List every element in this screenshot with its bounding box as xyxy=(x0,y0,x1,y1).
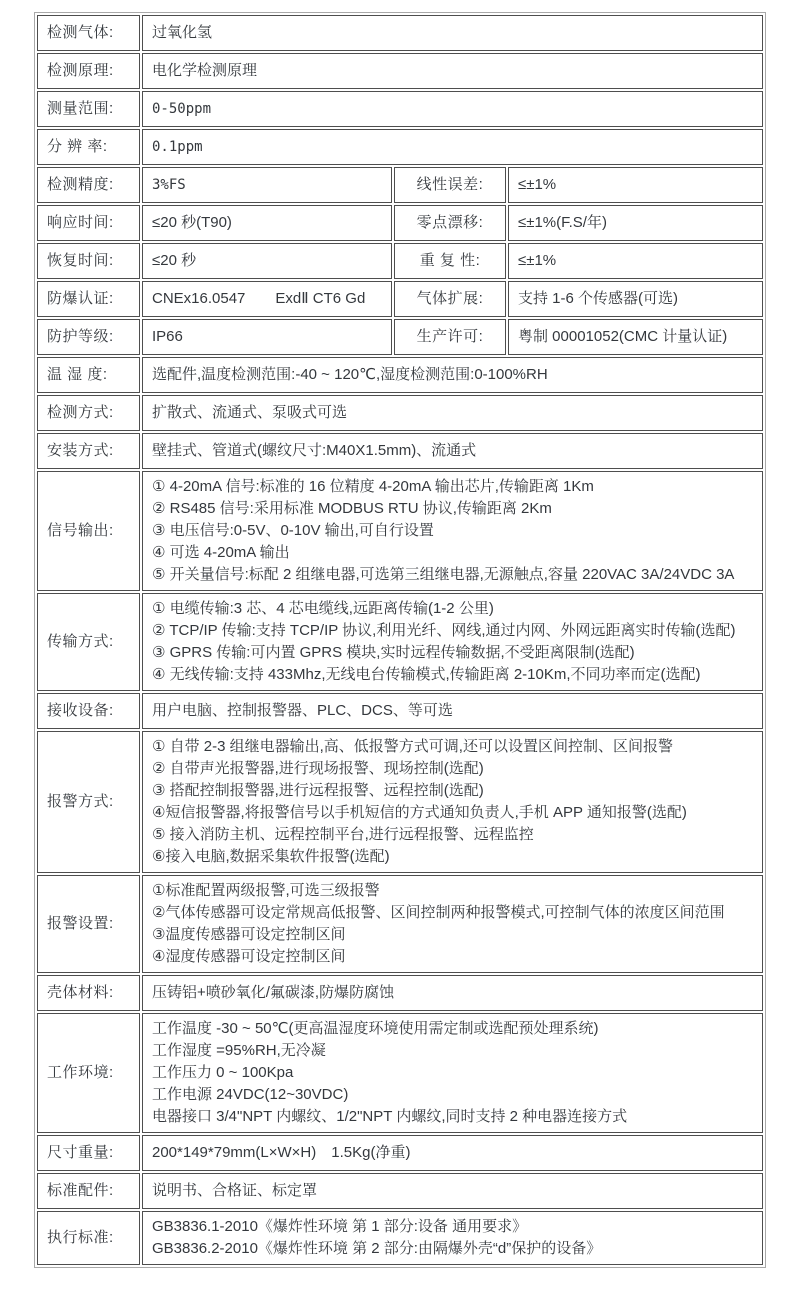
spec-value-cell: ≤±1% xyxy=(508,243,763,279)
spec-label-cell: 分 辨 率: xyxy=(37,129,140,165)
spec-line: 电器接口 3/4"NPT 内螺纹、1/2"NPT 内螺纹,同时支持 2 种电器连… xyxy=(152,1106,756,1128)
spec-label-cell: 线性误差: xyxy=(394,167,506,203)
spec-label-cell: 传输方式: xyxy=(37,593,140,691)
spec-line: ⑤ 接入消防主机、远程控制平台,进行远程报警、远程监控 xyxy=(152,824,756,846)
table-row: 接收设备:用户电脑、控制报警器、PLC、DCS、等可选 xyxy=(37,693,763,729)
table-row: 报警设置:①标准配置两级报警,可选三级报警②气体传感器可设定常规高低报警、区间控… xyxy=(37,875,763,973)
spec-value-cell: 用户电脑、控制报警器、PLC、DCS、等可选 xyxy=(142,693,763,729)
spec-line: 工作压力 0 ~ 100Kpa xyxy=(152,1062,756,1084)
spec-line: ③温度传感器可设定控制区间 xyxy=(152,924,756,946)
spec-value-cell: 壁挂式、管道式(螺纹尺寸:M40X1.5mm)、流通式 xyxy=(142,433,763,469)
spec-label-cell: 恢复时间: xyxy=(37,243,140,279)
spec-value-cell: 压铸铝+喷砂氧化/氟碳漆,防爆防腐蚀 xyxy=(142,975,763,1011)
spec-label-cell: 防护等级: xyxy=(37,319,140,355)
table-row: 标准配件:说明书、合格证、标定罩 xyxy=(37,1173,763,1209)
table-row: 壳体材料:压铸铝+喷砂氧化/氟碳漆,防爆防腐蚀 xyxy=(37,975,763,1011)
spec-value-cell: 过氧化氢 xyxy=(142,15,763,51)
spec-line: ④ 无线传输:支持 433Mhz,无线电台传输模式,传输距离 2-10Km,不同… xyxy=(152,664,756,686)
spec-label-cell: 检测方式: xyxy=(37,395,140,431)
spec-label-cell: 温 湿 度: xyxy=(37,357,140,393)
spec-value-cell: 粤制 00001052(CMC 计量认证) xyxy=(508,319,763,355)
spec-line: ③ 搭配控制报警器,进行远程报警、远程控制(选配) xyxy=(152,780,756,802)
table-row: 防爆认证:CNEx16.0547 ExdⅡ CT6 Gd气体扩展:支持 1-6 … xyxy=(37,281,763,317)
table-row: 检测原理:电化学检测原理 xyxy=(37,53,763,89)
spec-line: ① 电缆传输:3 芯、4 芯电缆线,远距离传输(1-2 公里) xyxy=(152,598,756,620)
spec-label-cell: 重 复 性: xyxy=(394,243,506,279)
spec-value-cell: ≤20 秒 xyxy=(142,243,392,279)
spec-label-cell: 信号输出: xyxy=(37,471,140,591)
spec-value-cell: ①标准配置两级报警,可选三级报警②气体传感器可设定常规高低报警、区间控制两种报警… xyxy=(142,875,763,973)
spec-label-cell: 标准配件: xyxy=(37,1173,140,1209)
spec-label-cell: 报警方式: xyxy=(37,731,140,873)
spec-line: 工作湿度 =95%RH,无冷凝 xyxy=(152,1040,756,1062)
spec-label-cell: 工作环境: xyxy=(37,1013,140,1133)
table-row: 测量范围:0-50ppm xyxy=(37,91,763,127)
spec-line: 工作温度 -30 ~ 50℃(更高温湿度环境使用需定制或选配预处理系统) xyxy=(152,1018,756,1040)
spec-value-cell: 支持 1-6 个传感器(可选) xyxy=(508,281,763,317)
table-row: 安装方式:壁挂式、管道式(螺纹尺寸:M40X1.5mm)、流通式 xyxy=(37,433,763,469)
spec-line: ④湿度传感器可设定控制区间 xyxy=(152,946,756,968)
table-row: 温 湿 度:选配件,温度检测范围:-40 ~ 120℃,湿度检测范围:0-100… xyxy=(37,357,763,393)
spec-value-cell: ≤20 秒(T90) xyxy=(142,205,392,241)
spec-value-cell: IP66 xyxy=(142,319,392,355)
spec-line: 工作电源 24VDC(12~30VDC) xyxy=(152,1084,756,1106)
spec-value-cell: 0.1ppm xyxy=(142,129,763,165)
spec-value-cell: 0-50ppm xyxy=(142,91,763,127)
table-row: 恢复时间:≤20 秒重 复 性:≤±1% xyxy=(37,243,763,279)
spec-label-cell: 壳体材料: xyxy=(37,975,140,1011)
spec-label-cell: 检测原理: xyxy=(37,53,140,89)
spec-line: GB3836.1-2010《爆炸性环境 第 1 部分:设备 通用要求》 xyxy=(152,1216,756,1238)
spec-table-body: 检测气体:过氧化氢检测原理:电化学检测原理测量范围:0-50ppm分 辨 率:0… xyxy=(37,15,763,1265)
spec-line: ② 自带声光报警器,进行现场报警、现场控制(选配) xyxy=(152,758,756,780)
spec-label-cell: 气体扩展: xyxy=(394,281,506,317)
spec-label-cell: 报警设置: xyxy=(37,875,140,973)
table-row: 尺寸重量:200*149*79mm(L×W×H) 1.5Kg(净重) xyxy=(37,1135,763,1171)
spec-value-cell: 工作温度 -30 ~ 50℃(更高温湿度环境使用需定制或选配预处理系统)工作湿度… xyxy=(142,1013,763,1133)
spec-value-cell: CNEx16.0547 ExdⅡ CT6 Gd xyxy=(142,281,392,317)
spec-value-cell: 200*149*79mm(L×W×H) 1.5Kg(净重) xyxy=(142,1135,763,1171)
table-row: 分 辨 率:0.1ppm xyxy=(37,129,763,165)
table-row: 防护等级:IP66生产许可:粤制 00001052(CMC 计量认证) xyxy=(37,319,763,355)
spec-label-cell: 尺寸重量: xyxy=(37,1135,140,1171)
spec-label-cell: 接收设备: xyxy=(37,693,140,729)
spec-value-cell: 扩散式、流通式、泵吸式可选 xyxy=(142,395,763,431)
table-row: 报警方式:① 自带 2-3 组继电器输出,高、低报警方式可调,还可以设置区间控制… xyxy=(37,731,763,873)
spec-sheet-page: 检测气体:过氧化氢检测原理:电化学检测原理测量范围:0-50ppm分 辨 率:0… xyxy=(0,0,790,1291)
spec-value-cell: 3%FS xyxy=(142,167,392,203)
spec-value-cell: ≤±1%(F.S/年) xyxy=(508,205,763,241)
spec-line: ⑤ 开关量信号:标配 2 组继电器,可选第三组继电器,无源触点,容量 220VA… xyxy=(152,564,756,586)
spec-line: ③ GPRS 传输:可内置 GPRS 模块,实时远程传输数据,不受距离限制(选配… xyxy=(152,642,756,664)
spec-label-cell: 零点漂移: xyxy=(394,205,506,241)
table-row: 传输方式:① 电缆传输:3 芯、4 芯电缆线,远距离传输(1-2 公里)② TC… xyxy=(37,593,763,691)
spec-line: ① 4-20mA 信号:标准的 16 位精度 4-20mA 输出芯片,传输距离 … xyxy=(152,476,756,498)
spec-line: ① 自带 2-3 组继电器输出,高、低报警方式可调,还可以设置区间控制、区间报警 xyxy=(152,736,756,758)
table-row: 工作环境:工作温度 -30 ~ 50℃(更高温湿度环境使用需定制或选配预处理系统… xyxy=(37,1013,763,1133)
spec-label-cell: 生产许可: xyxy=(394,319,506,355)
spec-line: ②气体传感器可设定常规高低报警、区间控制两种报警模式,可控制气体的浓度区间范围 xyxy=(152,902,756,924)
spec-label-cell: 执行标准: xyxy=(37,1211,140,1265)
table-row: 检测精度:3%FS线性误差:≤±1% xyxy=(37,167,763,203)
spec-line: ⑥接入电脑,数据采集软件报警(选配) xyxy=(152,846,756,868)
spec-label-cell: 测量范围: xyxy=(37,91,140,127)
table-row: 检测气体:过氧化氢 xyxy=(37,15,763,51)
table-row: 响应时间:≤20 秒(T90)零点漂移:≤±1%(F.S/年) xyxy=(37,205,763,241)
table-row: 执行标准:GB3836.1-2010《爆炸性环境 第 1 部分:设备 通用要求》… xyxy=(37,1211,763,1265)
spec-label-cell: 安装方式: xyxy=(37,433,140,469)
spec-label-cell: 检测气体: xyxy=(37,15,140,51)
spec-line: GB3836.2-2010《爆炸性环境 第 2 部分:由隔爆外壳“d”保护的设备… xyxy=(152,1238,756,1260)
spec-value-cell: ① 自带 2-3 组继电器输出,高、低报警方式可调,还可以设置区间控制、区间报警… xyxy=(142,731,763,873)
spec-line: ④ 可选 4-20mA 输出 xyxy=(152,542,756,564)
spec-value-cell: ① 电缆传输:3 芯、4 芯电缆线,远距离传输(1-2 公里)② TCP/IP … xyxy=(142,593,763,691)
table-row: 信号输出:① 4-20mA 信号:标准的 16 位精度 4-20mA 输出芯片,… xyxy=(37,471,763,591)
spec-line: ④短信报警器,将报警信号以手机短信的方式通知负责人,手机 APP 通知报警(选配… xyxy=(152,802,756,824)
spec-line: ② TCP/IP 传输:支持 TCP/IP 协议,利用光纤、网线,通过内网、外网… xyxy=(152,620,756,642)
spec-value-cell: ① 4-20mA 信号:标准的 16 位精度 4-20mA 输出芯片,传输距离 … xyxy=(142,471,763,591)
table-row: 检测方式:扩散式、流通式、泵吸式可选 xyxy=(37,395,763,431)
spec-label-cell: 防爆认证: xyxy=(37,281,140,317)
spec-value-cell: ≤±1% xyxy=(508,167,763,203)
spec-label-cell: 检测精度: xyxy=(37,167,140,203)
spec-value-cell: 说明书、合格证、标定罩 xyxy=(142,1173,763,1209)
spec-line: ①标准配置两级报警,可选三级报警 xyxy=(152,880,756,902)
spec-value-cell: 选配件,温度检测范围:-40 ~ 120℃,湿度检测范围:0-100%RH xyxy=(142,357,763,393)
spec-label-cell: 响应时间: xyxy=(37,205,140,241)
spec-value-cell: GB3836.1-2010《爆炸性环境 第 1 部分:设备 通用要求》GB383… xyxy=(142,1211,763,1265)
spec-value-cell: 电化学检测原理 xyxy=(142,53,763,89)
spec-line: ③ 电压信号:0-5V、0-10V 输出,可自行设置 xyxy=(152,520,756,542)
spec-table: 检测气体:过氧化氢检测原理:电化学检测原理测量范围:0-50ppm分 辨 率:0… xyxy=(34,12,766,1268)
spec-line: ② RS485 信号:采用标准 MODBUS RTU 协议,传输距离 2Km xyxy=(152,498,756,520)
